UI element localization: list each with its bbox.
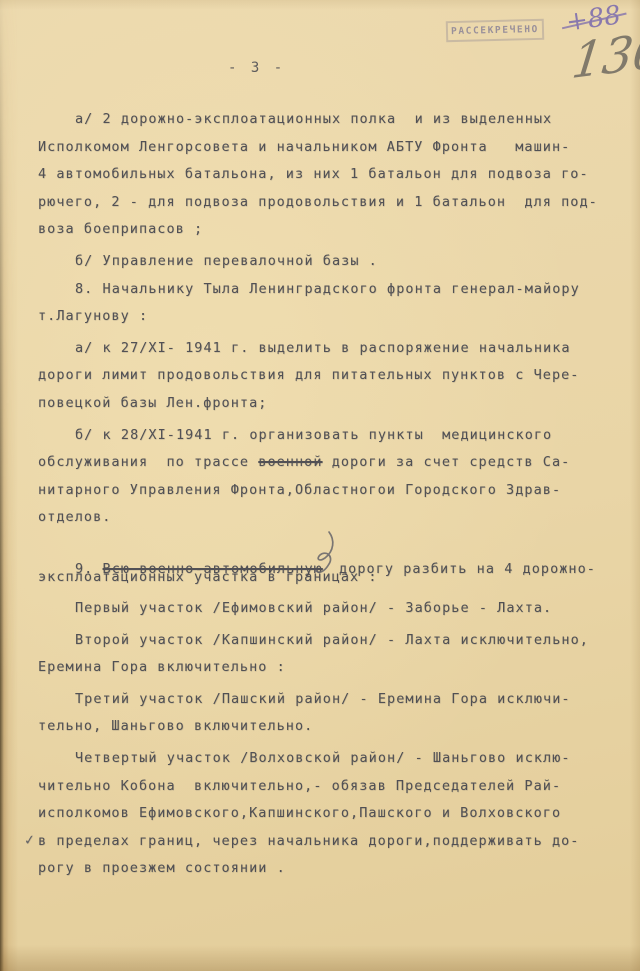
typed-text: тельно, Шаньгово включительно. [38, 718, 313, 734]
typed-text: т.Лагунову : [38, 308, 148, 324]
typed-text: 4 автомобильных батальона, из них 1 бата… [38, 166, 589, 182]
document-page: РАССЕКРЕЧЕНО +88 136 - 3 - а/ 2 дорожно-… [0, 0, 640, 971]
typed-line: ✓в пределах границ, через начальника дор… [38, 828, 626, 856]
typed-text: Исполкомом Ленгорсовета и начальником АБ… [38, 139, 570, 155]
typed-line: 8. Начальнику Тыла Ленинградского фронта… [38, 276, 626, 304]
typed-text: б/ Управление перевалочной базы . [75, 253, 378, 269]
typed-text: Второй участок /Капшинский район/ - Лахт… [75, 632, 589, 648]
typed-text: в пределах границ, через начальника доро… [38, 833, 579, 849]
typed-text: дороги лимит продовольствия для питатель… [38, 367, 579, 383]
typed-text: повецкой базы Лен.фронта; [38, 395, 267, 411]
typed-line: Еремина Гора включительно : [38, 654, 626, 682]
typed-text: а/ к 27/XI- 1941 г. выделить в распоряже… [75, 340, 571, 356]
typed-text: 8. Начальнику Тыла Ленинградского фронта… [75, 281, 580, 297]
typed-line: отделов. [38, 504, 626, 532]
typed-text: эксплоатационных участка в границах : [38, 569, 378, 585]
typed-text: обслуживания по трассе [38, 454, 258, 470]
typed-line: 4 автомобильных батальона, из них 1 бата… [38, 161, 626, 189]
typed-text: рогу в проезжем состоянии . [38, 860, 286, 876]
typed-text: Третий участок /Пашский район/ - Еремина… [75, 691, 571, 707]
typed-line: повецкой базы Лен.фронта; [38, 390, 626, 418]
typed-line: тельно, Шаньгово включительно. [38, 713, 626, 741]
typed-text: воза боеприпасов ; [38, 221, 203, 237]
typed-line: Четвертый участок /Волховской район/ - Ш… [38, 745, 626, 773]
typed-text: чительно Кобона включительно,- обязав Пр… [38, 778, 561, 794]
paper-top-edge-shadow [0, 0, 640, 10]
margin-checkmark: ✓ [23, 828, 26, 855]
typed-line: эксплоатационных участка в границах : [38, 564, 626, 592]
typed-line: Исполкомом Ленгорсовета и начальником АБ… [38, 134, 626, 162]
typed-text: дороги за счет средств Са- [323, 454, 571, 470]
typed-line: т.Лагунову : [38, 303, 626, 331]
typed-line: чительно Кобона включительно,- обязав Пр… [38, 773, 626, 801]
typed-line: 9. Всю военно-автомобильную дорогу разби… [38, 536, 626, 564]
typed-line: Первый участок /Ефимовский район/ - Забо… [38, 595, 626, 623]
typed-text: Четвертый участок /Волховской район/ - Ш… [75, 750, 571, 766]
typed-text: Еремина Гора включительно : [38, 659, 286, 675]
document-body: а/ 2 дорожно-эксплоатационных полка и из… [38, 106, 626, 883]
typed-text: Первый участок /Ефимовский район/ - Забо… [75, 600, 552, 616]
struck-out-text: военной [258, 454, 322, 470]
typed-line: воза боеприпасов ; [38, 216, 626, 244]
typed-line: а/ 2 дорожно-эксплоатационных полка и из… [38, 106, 626, 134]
typed-text: рючего, 2 - для подвоза продовольствия и… [38, 194, 598, 210]
typed-line: Третий участок /Пашский район/ - Еремина… [38, 686, 626, 714]
typed-text: а/ 2 дорожно-эксплоатационных полка и из… [75, 111, 552, 127]
paper-left-edge-shadow [0, 0, 18, 971]
paper-right-edge-shadow [630, 0, 640, 971]
handwritten-page-number: 136 [569, 22, 640, 90]
typed-line: рючего, 2 - для подвоза продовольствия и… [38, 189, 626, 217]
page-number: - 3 - [228, 60, 285, 76]
paper-bottom-edge-shadow [0, 945, 640, 971]
typed-text: б/ к 28/XI-1941 г. организовать пункты м… [75, 427, 552, 443]
typed-text: исполкомов Ефимовского,Капшинского,Пашск… [38, 805, 561, 821]
typed-line: дороги лимит продовольствия для питатель… [38, 362, 626, 390]
declassified-stamp-label: РАССЕКРЕЧЕНО [451, 24, 539, 37]
typed-line: рогу в проезжем состоянии . [38, 855, 626, 883]
typed-text: нитарного Управления Фронта,Областногои … [38, 482, 561, 498]
typed-line: обслуживания по трассе военной дороги за… [38, 449, 626, 477]
typed-line: исполкомов Ефимовского,Капшинского,Пашск… [38, 800, 626, 828]
typed-line: Второй участок /Капшинский район/ - Лахт… [38, 627, 626, 655]
typed-line: б/ Управление перевалочной базы . [38, 248, 626, 276]
typed-line: б/ к 28/XI-1941 г. организовать пункты м… [38, 422, 626, 450]
typed-line: нитарного Управления Фронта,Областногои … [38, 477, 626, 505]
typed-line: а/ к 27/XI- 1941 г. выделить в распоряже… [38, 335, 626, 363]
declassified-stamp: РАССЕКРЕЧЕНО [446, 19, 544, 42]
typed-text: отделов. [38, 509, 111, 525]
